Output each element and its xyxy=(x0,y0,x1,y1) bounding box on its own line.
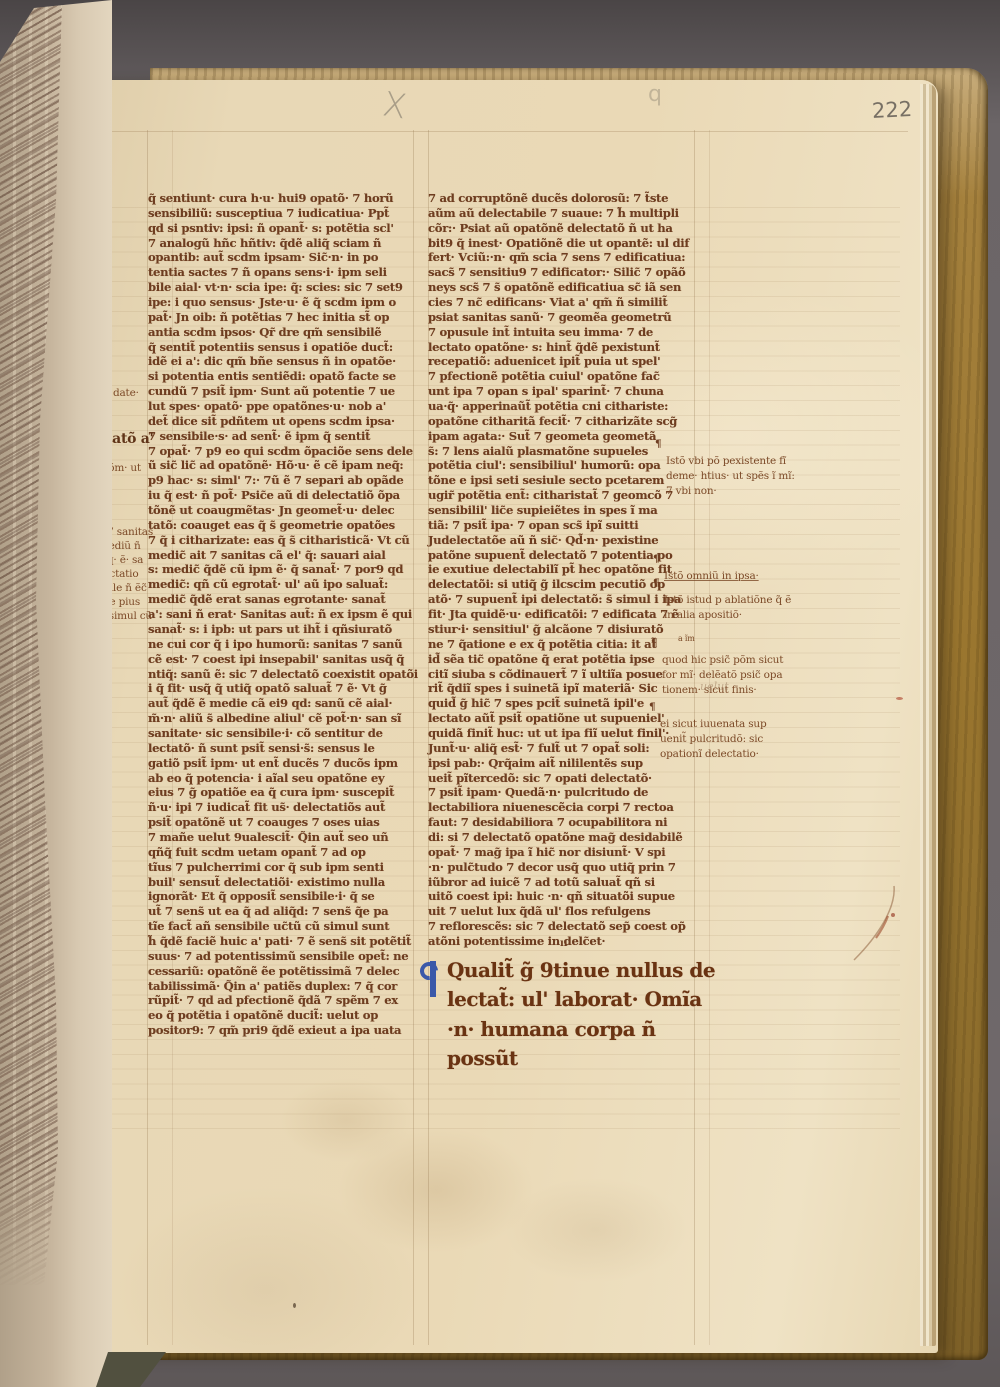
paraph-mark: ¶ xyxy=(655,437,661,452)
page-fore-edge-sheets xyxy=(920,84,936,1346)
red-ink-speck xyxy=(896,697,903,700)
worm-hole-speck xyxy=(293,1303,296,1308)
insertion-marks: ıı xyxy=(560,938,568,949)
parchment-page: 222 X q q̃ sentiunt· cura h·u· hui9 opat… xyxy=(36,80,938,1353)
rubric-text: Qualit̃ g̃ 9tinue nullus de lectat̃: ul'… xyxy=(424,956,724,1073)
folio-number: 222 xyxy=(871,97,912,123)
margin-note-right-5: ¶ei sicut iuuenata sup uenit̃ pulcritudõ… xyxy=(660,702,810,762)
faint-margin-word: uelut xyxy=(700,680,729,693)
text-column-left: q̃ sentiunt· cura h·u· hui9 opatõ· 7 hor… xyxy=(148,191,420,1038)
paraph-mark: ¶ xyxy=(653,552,659,567)
margin-note-right-1: ¶Istõ vbi põ pexistente fı̃ deme· htius·… xyxy=(666,439,816,499)
paraph-mark: ¶ xyxy=(649,700,655,715)
pencil-quire-mark: q xyxy=(648,82,662,107)
cover-bottom-wedge xyxy=(96,1352,166,1387)
paraph-mark: ¶ xyxy=(653,576,659,591)
left-page-stack xyxy=(0,0,112,1387)
pencil-x-mark: X xyxy=(380,84,409,127)
margin-note-left-2: tatõ a' xyxy=(106,431,153,447)
blue-paraph-initial xyxy=(424,961,440,997)
left-page-stack-text-texture xyxy=(0,0,64,1290)
paraph-mark: ¶ xyxy=(651,636,657,651)
text-column-right: 7 ad corruptõnẽ ducẽs dolorosũ: 7 t̃ste … xyxy=(428,191,702,949)
red-brown-speck xyxy=(891,913,895,917)
margin-note-right-3: ¶Istõ istud p ablatiõne q̃ ẽ in alia apo… xyxy=(664,578,816,623)
top-ruling-line xyxy=(48,131,908,132)
rubric-block: Qualit̃ g̃ 9tinue nullus de lectat̃: ul'… xyxy=(424,956,724,1073)
manuscript-photograph: { "photo": { "description_labels": { "fo… xyxy=(0,0,1000,1387)
interlinear-gloss: a ı̃m xyxy=(678,631,695,646)
scratch-mark xyxy=(836,878,908,974)
